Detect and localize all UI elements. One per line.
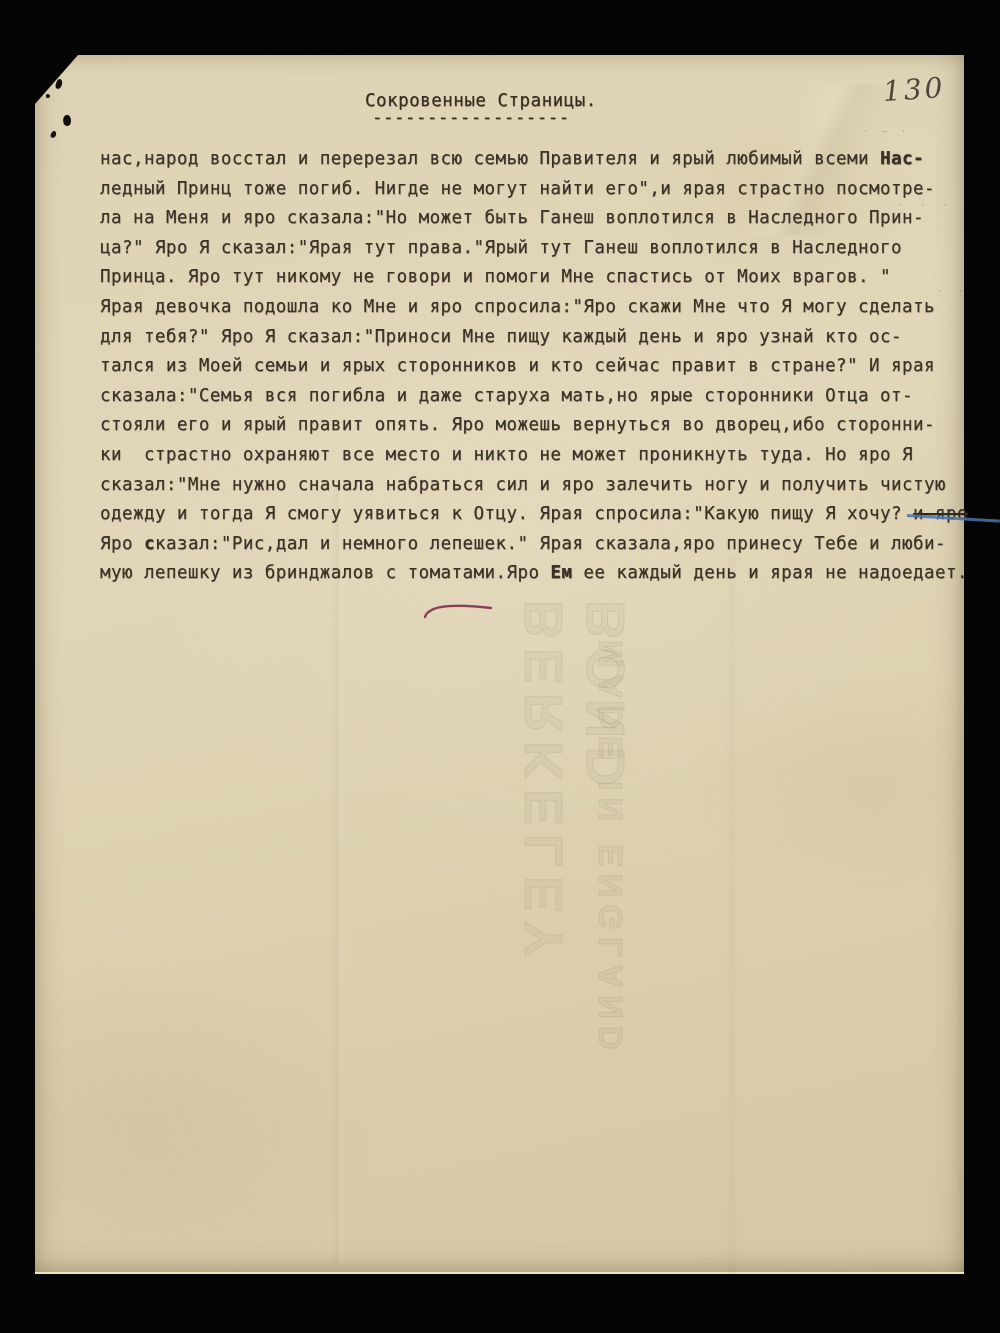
typed-line: сказал:"Мне нужно сначала набраться сил … bbox=[100, 471, 954, 501]
paper-watermark-brand: BERKELEY BOND bbox=[513, 600, 637, 1180]
typed-line: тался из Моей семьи и ярых сторонников и… bbox=[100, 352, 954, 382]
text-segment: ла на Меня и яро сказала:"Но может быть … bbox=[100, 208, 924, 228]
typed-line: ла на Меня и яро сказала:"Но может быть … bbox=[100, 204, 954, 234]
text-segment: нас,народ восстал и перерезал всю семью … bbox=[100, 149, 880, 169]
paper-watermark-origin: MADE IN ENGLAND bbox=[592, 640, 630, 1150]
text-segment: тался из Моей семьи и ярых сторонников и… bbox=[100, 356, 935, 376]
overtyped-text-segment: Ем bbox=[550, 563, 572, 583]
text-segment: Ярая девочка подошла ко Мне и яро спроси… bbox=[100, 297, 935, 317]
paper-crease bbox=[725, 555, 739, 1275]
typed-text-block: нас,народ восстал и перерезал всю семью … bbox=[100, 145, 954, 589]
typed-line: нас,народ восстал и перерезал всю семью … bbox=[100, 145, 954, 175]
paper-sheet: BERKELEY BOND MADE IN ENGLAND Сокровенны… bbox=[35, 55, 964, 1274]
text-segment: ца?" Яро Я сказал:"Ярая тут права."Ярый … bbox=[100, 238, 902, 258]
pen-mark-maroon bbox=[423, 599, 495, 621]
typed-line: одежду и тогда Я смогу уявиться к Отцу. … bbox=[100, 500, 954, 530]
typed-line: для тебя?" Яро Я сказал:"Приноси Мне пищ… bbox=[100, 323, 954, 353]
text-segment: сказала:"Семья вся погибла и даже старух… bbox=[100, 386, 913, 406]
text-segment: сказал:"Мне нужно сначала набраться сил … bbox=[100, 475, 946, 495]
text-segment: Принца. Яро тут никому не говори и помог… bbox=[100, 267, 891, 287]
page-number-handwritten: 130 bbox=[882, 71, 947, 108]
typed-line: сказала:"Семья вся погибла и даже старух… bbox=[100, 382, 954, 412]
typed-line: ки страстно охраняют все место и никто н… bbox=[100, 441, 954, 471]
text-segment: мую лепешку из бринджалов с томатами.Яро bbox=[100, 563, 550, 583]
struck-text-segment: и яро bbox=[913, 504, 968, 524]
text-segment: для тебя?" Яро Я сказал:"Приноси Мне пищ… bbox=[100, 327, 902, 347]
pencil-artifact: · – · bbox=[863, 127, 910, 137]
overtyped-text-segment: Нас- bbox=[880, 149, 924, 169]
title-underline: ------------------ bbox=[372, 108, 570, 128]
staple-hole bbox=[50, 130, 57, 138]
typed-line: ца?" Яро Я сказал:"Ярая тут права."Ярый … bbox=[100, 234, 954, 264]
typed-line: стояли его и ярый правит опять. Яро може… bbox=[100, 411, 954, 441]
text-segment: ее каждый день и ярая не надоедает. bbox=[572, 563, 968, 583]
text-segment: ки страстно охраняют все место и никто н… bbox=[100, 445, 913, 465]
text-segment: ледный Принц тоже погиб. Нигде не могут … bbox=[100, 179, 935, 199]
text-segment: одежду и тогда Я смогу уявиться к Отцу. … bbox=[100, 504, 913, 524]
overtyped-text-segment: с bbox=[144, 534, 155, 554]
text-segment: казал:"Рис,дал и немного лепешек." Ярая … bbox=[155, 534, 946, 554]
typed-line: Ярая девочка подошла ко Мне и яро спроси… bbox=[100, 293, 954, 323]
staple-hole bbox=[62, 114, 72, 126]
staple-hole bbox=[46, 94, 50, 98]
paper-crease bbox=[330, 485, 346, 1265]
typed-line: Яро сказал:"Рис,дал и немного лепешек." … bbox=[100, 530, 954, 560]
typed-line: ледный Принц тоже погиб. Нигде не могут … bbox=[100, 175, 954, 205]
typed-line: Принца. Яро тут никому не говори и помог… bbox=[100, 263, 954, 293]
text-segment: Яро bbox=[100, 534, 144, 554]
typed-line: мую лепешку из бринджалов с томатами.Яро… bbox=[100, 559, 954, 589]
text-segment: стояли его и ярый правит опять. Яро може… bbox=[100, 415, 935, 435]
